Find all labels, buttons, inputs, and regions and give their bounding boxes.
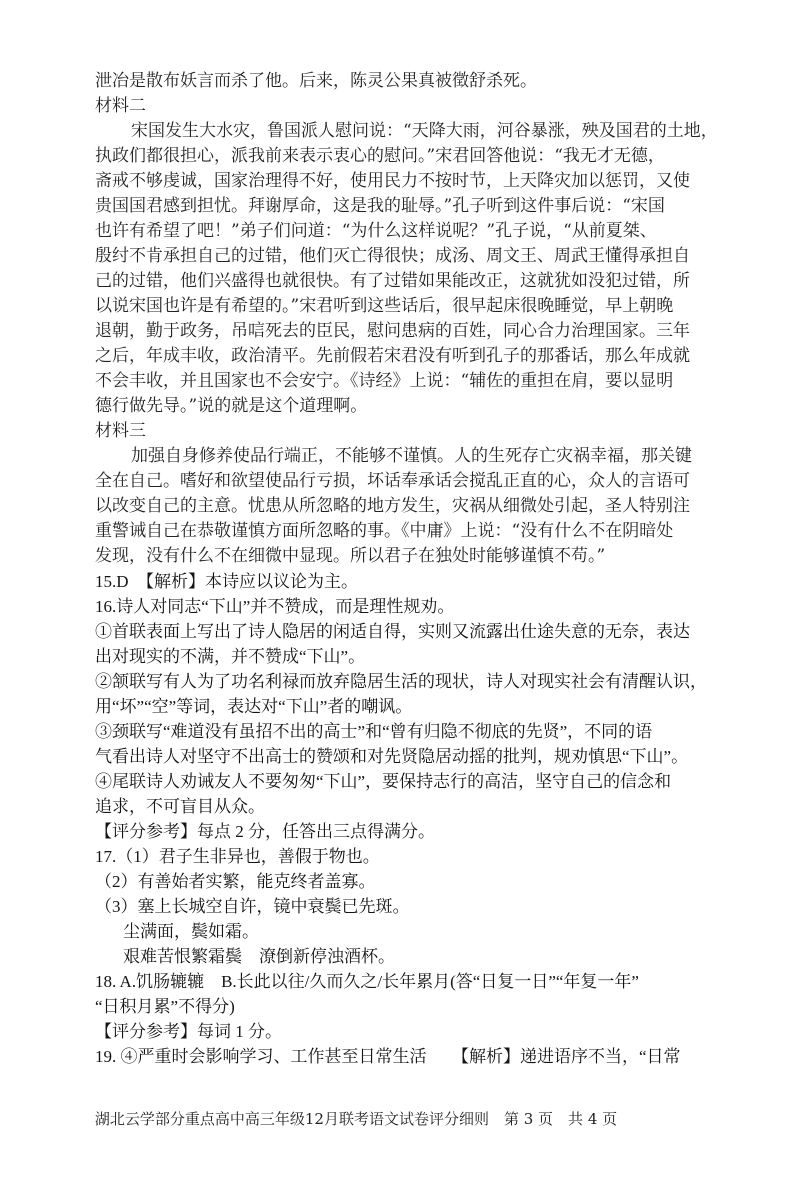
text-line: 泄冶是散布妖言而杀了他。后来，陈灵公果真被徵舒杀死。 <box>95 69 719 94</box>
text-line: 重警诫自己在恭敬谨慎方面所忽略的事。《中庸》上说：“没有什么不在阴暗处 <box>95 519 719 544</box>
text-line: 【评分参考】每词 1 分。 <box>95 1019 719 1044</box>
text-line: 材料二 <box>95 94 719 119</box>
text-line: ③颈联写“难道没有虽招不出的高士”和“曾有归隐不彻底的先贤”，不同的语 <box>95 719 719 744</box>
text-line: 追求，不可盲目从众。 <box>95 794 719 819</box>
footer-text: 湖北云学部分重点高中高三年级12月联考语文试卷评分细则 第 3 页 共 4 页 <box>95 1110 617 1128</box>
text-line: 发现，没有什么不在细微中显现。所以君子在独处时能够谨慎不苟。” <box>95 544 719 569</box>
text-line: 退朝，勤于政务，吊唁死去的臣民，慰问患病的百姓，同心合力治理国家。三年 <box>95 319 719 344</box>
text-line: 殷纣不肯承担自己的过错，他们灭亡得很快；成汤、周文王、周武王懂得承担自 <box>95 244 719 269</box>
text-line: 己的过错，他们兴盛得也就很快。有了过错如果能改正，这就犹如没犯过错，所 <box>95 269 719 294</box>
text-line: ④尾联诗人劝诫友人不要匆匆“下山”，要保持志行的高洁，坚守自己的信念和 <box>95 769 719 794</box>
text-line: 斋戒不够虔诚，国家治理得不好，使用民力不按时节，上天降灾加以惩罚，又使 <box>95 169 719 194</box>
text-line: 材料三 <box>95 419 719 444</box>
text-line: （2）有善始者实繁，能克终者盖寡。 <box>95 869 719 894</box>
text-line: ②颔联写有人为了功名利禄而放弃隐居生活的现状，诗人对现实社会有清醒认识， <box>95 669 719 694</box>
text-line: 气看出诗人对坚守不出高士的赞颂和对先贤隐居动摇的批判，规劝慎思“下山”。 <box>95 744 719 769</box>
text-line: 用“坏”“空”等词，表达对“下山”者的嘲讽。 <box>95 694 719 719</box>
text-line: 19. ④严重时会影响学习、工作甚至日常生活 【解析】递进语序不当，“日常 <box>95 1044 719 1069</box>
text-line: 宋国发生大水灾，鲁国派人慰问说：“天降大雨，河谷暴涨，殃及国君的土地， <box>95 119 719 144</box>
text-line: 艰难苦恨繁霜鬓 潦倒新停浊酒杯。 <box>95 944 719 969</box>
text-line: 也许有希望了吧！”弟子们问道：“为什么这样说呢？”孔子说，“从前夏桀、 <box>95 219 719 244</box>
text-line: “日积月累”不得分) <box>95 994 719 1019</box>
text-line: ①首联表面上写出了诗人隐居的闲适自得，实则又流露出仕途失意的无奈，表达 <box>95 619 719 644</box>
text-line: 【评分参考】每点 2 分，任答出三点得满分。 <box>95 819 719 844</box>
text-line: 以说宋国也许是有希望的。”宋君听到这些话后，很早起床很晚睡觉，早上朝晚 <box>95 294 719 319</box>
text-line: 贵国国君感到担忧。拜谢厚命，这是我的耻辱。”孔子听到这件事后说：“宋国 <box>95 194 719 219</box>
text-line: 15.D 【解析】本诗应以议论为主。 <box>95 569 719 594</box>
text-line: 不会丰收，并且国家也不会安宁。《诗经》上说：“辅佐的重担在肩，要以显明 <box>95 369 719 394</box>
text-line: 德行做先导。”说的就是这个道理啊。 <box>95 394 719 419</box>
text-line: 16.诗人对同志“下山”并不赞成，而是理性规劝。 <box>95 594 719 619</box>
document-body: 泄冶是散布妖言而杀了他。后来，陈灵公果真被徵舒杀死。材料二宋国发生大水灾，鲁国派… <box>95 69 719 1069</box>
text-line: （3）塞上长城空自许，镜中衰鬓已先斑。 <box>95 894 719 919</box>
text-line: 以改变自己的主意。忧患从所忽略的地方发生，灾祸从细微处引起，圣人特别注 <box>95 494 719 519</box>
text-line: 加强自身修养使品行端正，不能够不谨慎。人的生死存亡灾祸幸福，那关键 <box>95 444 719 469</box>
text-line: 出对现实的不满，并不赞成“下山”。 <box>95 644 719 669</box>
page-footer: 湖北云学部分重点高中高三年级12月联考语文试卷评分细则 第 3 页 共 4 页 <box>0 1108 712 1130</box>
text-line: 尘满面，鬓如霜。 <box>95 919 719 944</box>
text-line: 之后，年成丰收，政治清平。先前假若宋君没有听到孔子的那番话，那么年成就 <box>95 344 719 369</box>
text-line: 全在自己。嗜好和欲望使品行亏损，坏话奉承话会搅乱正直的心，众人的言语可 <box>95 469 719 494</box>
text-line: 17.（1）君子生非异也，善假于物也。 <box>95 844 719 869</box>
text-line: 18. A.饥肠辘辘 B.长此以往/久而久之/长年累月(答“日复一日”“年复一年… <box>95 969 719 994</box>
exam-answer-sheet-page: 泄冶是散布妖言而杀了他。后来，陈灵公果真被徵舒杀死。材料二宋国发生大水灾，鲁国派… <box>0 0 800 1179</box>
text-line: 执政们都很担心，派我前来表示衷心的慰问。”宋君回答他说：“我无才无德， <box>95 144 719 169</box>
